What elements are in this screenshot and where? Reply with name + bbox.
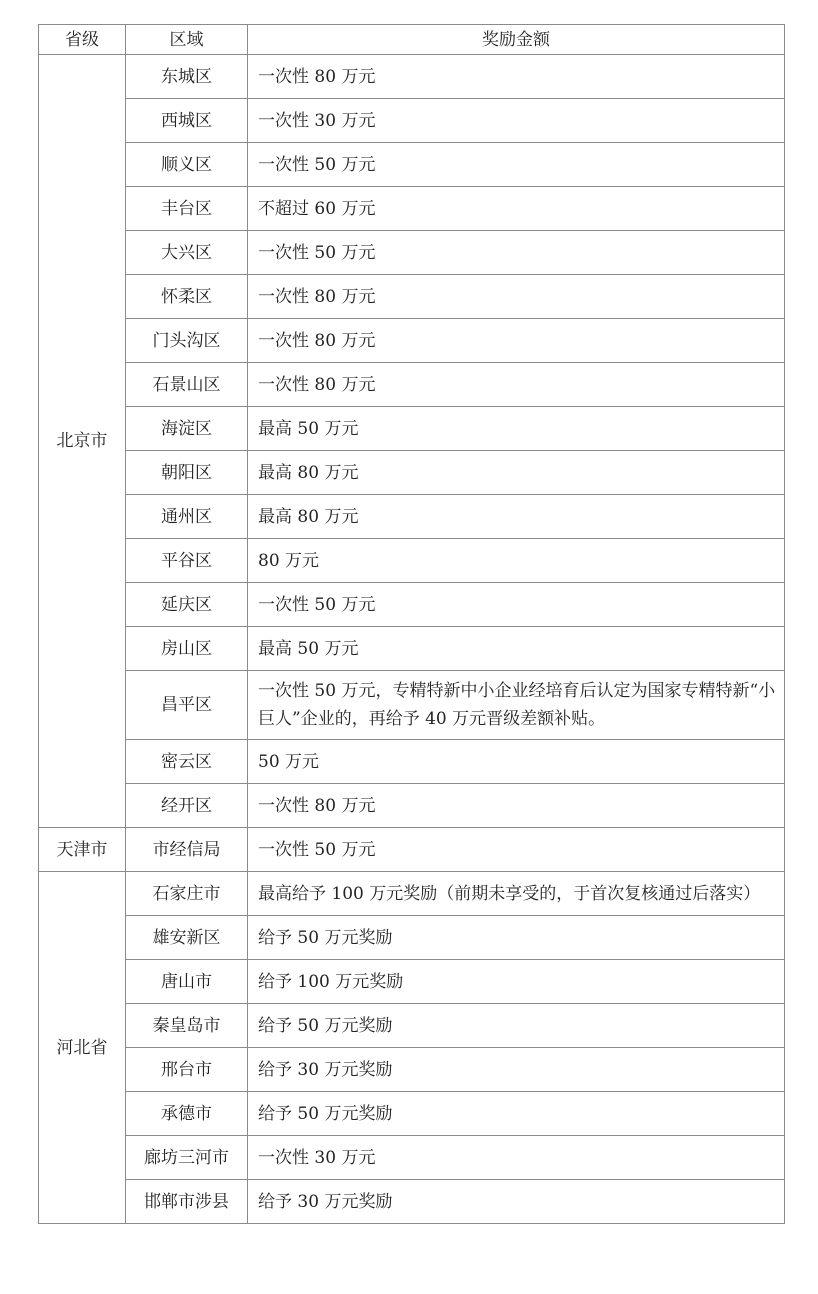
amount-cell: 一次性 50 万元 — [248, 828, 785, 872]
table-row: 雄安新区给予 50 万元奖励 — [39, 916, 785, 960]
amount-cell: 给予 30 万元奖励 — [248, 1048, 785, 1092]
amount-cell: 一次性 50 万元，专精特新中小企业经培育后认定为国家专精特新“小巨人”企业的，… — [248, 671, 785, 740]
table-row: 经开区一次性 80 万元 — [39, 784, 785, 828]
province-cell: 天津市 — [39, 828, 126, 872]
table-row: 唐山市给予 100 万元奖励 — [39, 960, 785, 1004]
amount-cell: 一次性 50 万元 — [248, 143, 785, 187]
reward-table: 省级 区域 奖励金额 北京市东城区一次性 80 万元西城区一次性 30 万元顺义… — [38, 24, 785, 1224]
header-area: 区域 — [126, 25, 248, 55]
area-cell: 大兴区 — [126, 231, 248, 275]
amount-cell: 一次性 50 万元 — [248, 231, 785, 275]
amount-cell: 给予 50 万元奖励 — [248, 916, 785, 960]
table-row: 邯郸市涉县给予 30 万元奖励 — [39, 1180, 785, 1224]
area-cell: 东城区 — [126, 55, 248, 99]
table-row: 承德市给予 50 万元奖励 — [39, 1092, 785, 1136]
area-cell: 邢台市 — [126, 1048, 248, 1092]
area-cell: 雄安新区 — [126, 916, 248, 960]
area-cell: 秦皇岛市 — [126, 1004, 248, 1048]
area-cell: 密云区 — [126, 740, 248, 784]
table-row: 门头沟区一次性 80 万元 — [39, 319, 785, 363]
area-cell: 承德市 — [126, 1092, 248, 1136]
amount-cell: 一次性 80 万元 — [248, 363, 785, 407]
amount-cell: 最高 50 万元 — [248, 627, 785, 671]
table-row: 延庆区一次性 50 万元 — [39, 583, 785, 627]
table-row: 大兴区一次性 50 万元 — [39, 231, 785, 275]
area-cell: 石家庄市 — [126, 872, 248, 916]
amount-cell: 一次性 80 万元 — [248, 319, 785, 363]
amount-cell: 一次性 80 万元 — [248, 784, 785, 828]
table-row: 河北省石家庄市最高给予 100 万元奖励（前期未享受的，于首次复核通过后落实） — [39, 872, 785, 916]
table-row: 朝阳区最高 80 万元 — [39, 451, 785, 495]
table-row: 海淀区最高 50 万元 — [39, 407, 785, 451]
header-province: 省级 — [39, 25, 126, 55]
area-cell: 怀柔区 — [126, 275, 248, 319]
table-row: 廊坊三河市一次性 30 万元 — [39, 1136, 785, 1180]
province-cell: 河北省 — [39, 872, 126, 1224]
area-cell: 西城区 — [126, 99, 248, 143]
table-row: 密云区50 万元 — [39, 740, 785, 784]
amount-cell: 最高 80 万元 — [248, 495, 785, 539]
amount-cell: 一次性 80 万元 — [248, 55, 785, 99]
table-row: 顺义区一次性 50 万元 — [39, 143, 785, 187]
table-row: 平谷区80 万元 — [39, 539, 785, 583]
area-cell: 昌平区 — [126, 671, 248, 740]
table-body: 北京市东城区一次性 80 万元西城区一次性 30 万元顺义区一次性 50 万元丰… — [39, 55, 785, 1224]
amount-cell: 一次性 50 万元 — [248, 583, 785, 627]
amount-cell: 一次性 30 万元 — [248, 99, 785, 143]
amount-cell: 给予 30 万元奖励 — [248, 1180, 785, 1224]
table-row: 西城区一次性 30 万元 — [39, 99, 785, 143]
area-cell: 平谷区 — [126, 539, 248, 583]
area-cell: 经开区 — [126, 784, 248, 828]
area-cell: 门头沟区 — [126, 319, 248, 363]
table-row: 北京市东城区一次性 80 万元 — [39, 55, 785, 99]
area-cell: 丰台区 — [126, 187, 248, 231]
area-cell: 通州区 — [126, 495, 248, 539]
amount-cell: 80 万元 — [248, 539, 785, 583]
area-cell: 延庆区 — [126, 583, 248, 627]
amount-cell: 给予 50 万元奖励 — [248, 1004, 785, 1048]
amount-cell: 最高 50 万元 — [248, 407, 785, 451]
amount-cell: 给予 100 万元奖励 — [248, 960, 785, 1004]
header-amount: 奖励金额 — [248, 25, 785, 55]
amount-cell: 50 万元 — [248, 740, 785, 784]
amount-cell: 最高给予 100 万元奖励（前期未享受的，于首次复核通过后落实） — [248, 872, 785, 916]
table-header-row: 省级 区域 奖励金额 — [39, 25, 785, 55]
area-cell: 市经信局 — [126, 828, 248, 872]
area-cell: 石景山区 — [126, 363, 248, 407]
area-cell: 朝阳区 — [126, 451, 248, 495]
table-row: 丰台区不超过 60 万元 — [39, 187, 785, 231]
area-cell: 海淀区 — [126, 407, 248, 451]
table-row: 邢台市给予 30 万元奖励 — [39, 1048, 785, 1092]
area-cell: 房山区 — [126, 627, 248, 671]
amount-cell: 不超过 60 万元 — [248, 187, 785, 231]
area-cell: 廊坊三河市 — [126, 1136, 248, 1180]
table-row: 秦皇岛市给予 50 万元奖励 — [39, 1004, 785, 1048]
province-cell: 北京市 — [39, 55, 126, 828]
amount-cell: 最高 80 万元 — [248, 451, 785, 495]
amount-cell: 一次性 80 万元 — [248, 275, 785, 319]
area-cell: 唐山市 — [126, 960, 248, 1004]
table-row: 天津市市经信局一次性 50 万元 — [39, 828, 785, 872]
amount-cell: 一次性 30 万元 — [248, 1136, 785, 1180]
table-row: 通州区最高 80 万元 — [39, 495, 785, 539]
table-row: 昌平区一次性 50 万元，专精特新中小企业经培育后认定为国家专精特新“小巨人”企… — [39, 671, 785, 740]
table-row: 石景山区一次性 80 万元 — [39, 363, 785, 407]
table-row: 房山区最高 50 万元 — [39, 627, 785, 671]
area-cell: 顺义区 — [126, 143, 248, 187]
table-row: 怀柔区一次性 80 万元 — [39, 275, 785, 319]
amount-cell: 给予 50 万元奖励 — [248, 1092, 785, 1136]
area-cell: 邯郸市涉县 — [126, 1180, 248, 1224]
